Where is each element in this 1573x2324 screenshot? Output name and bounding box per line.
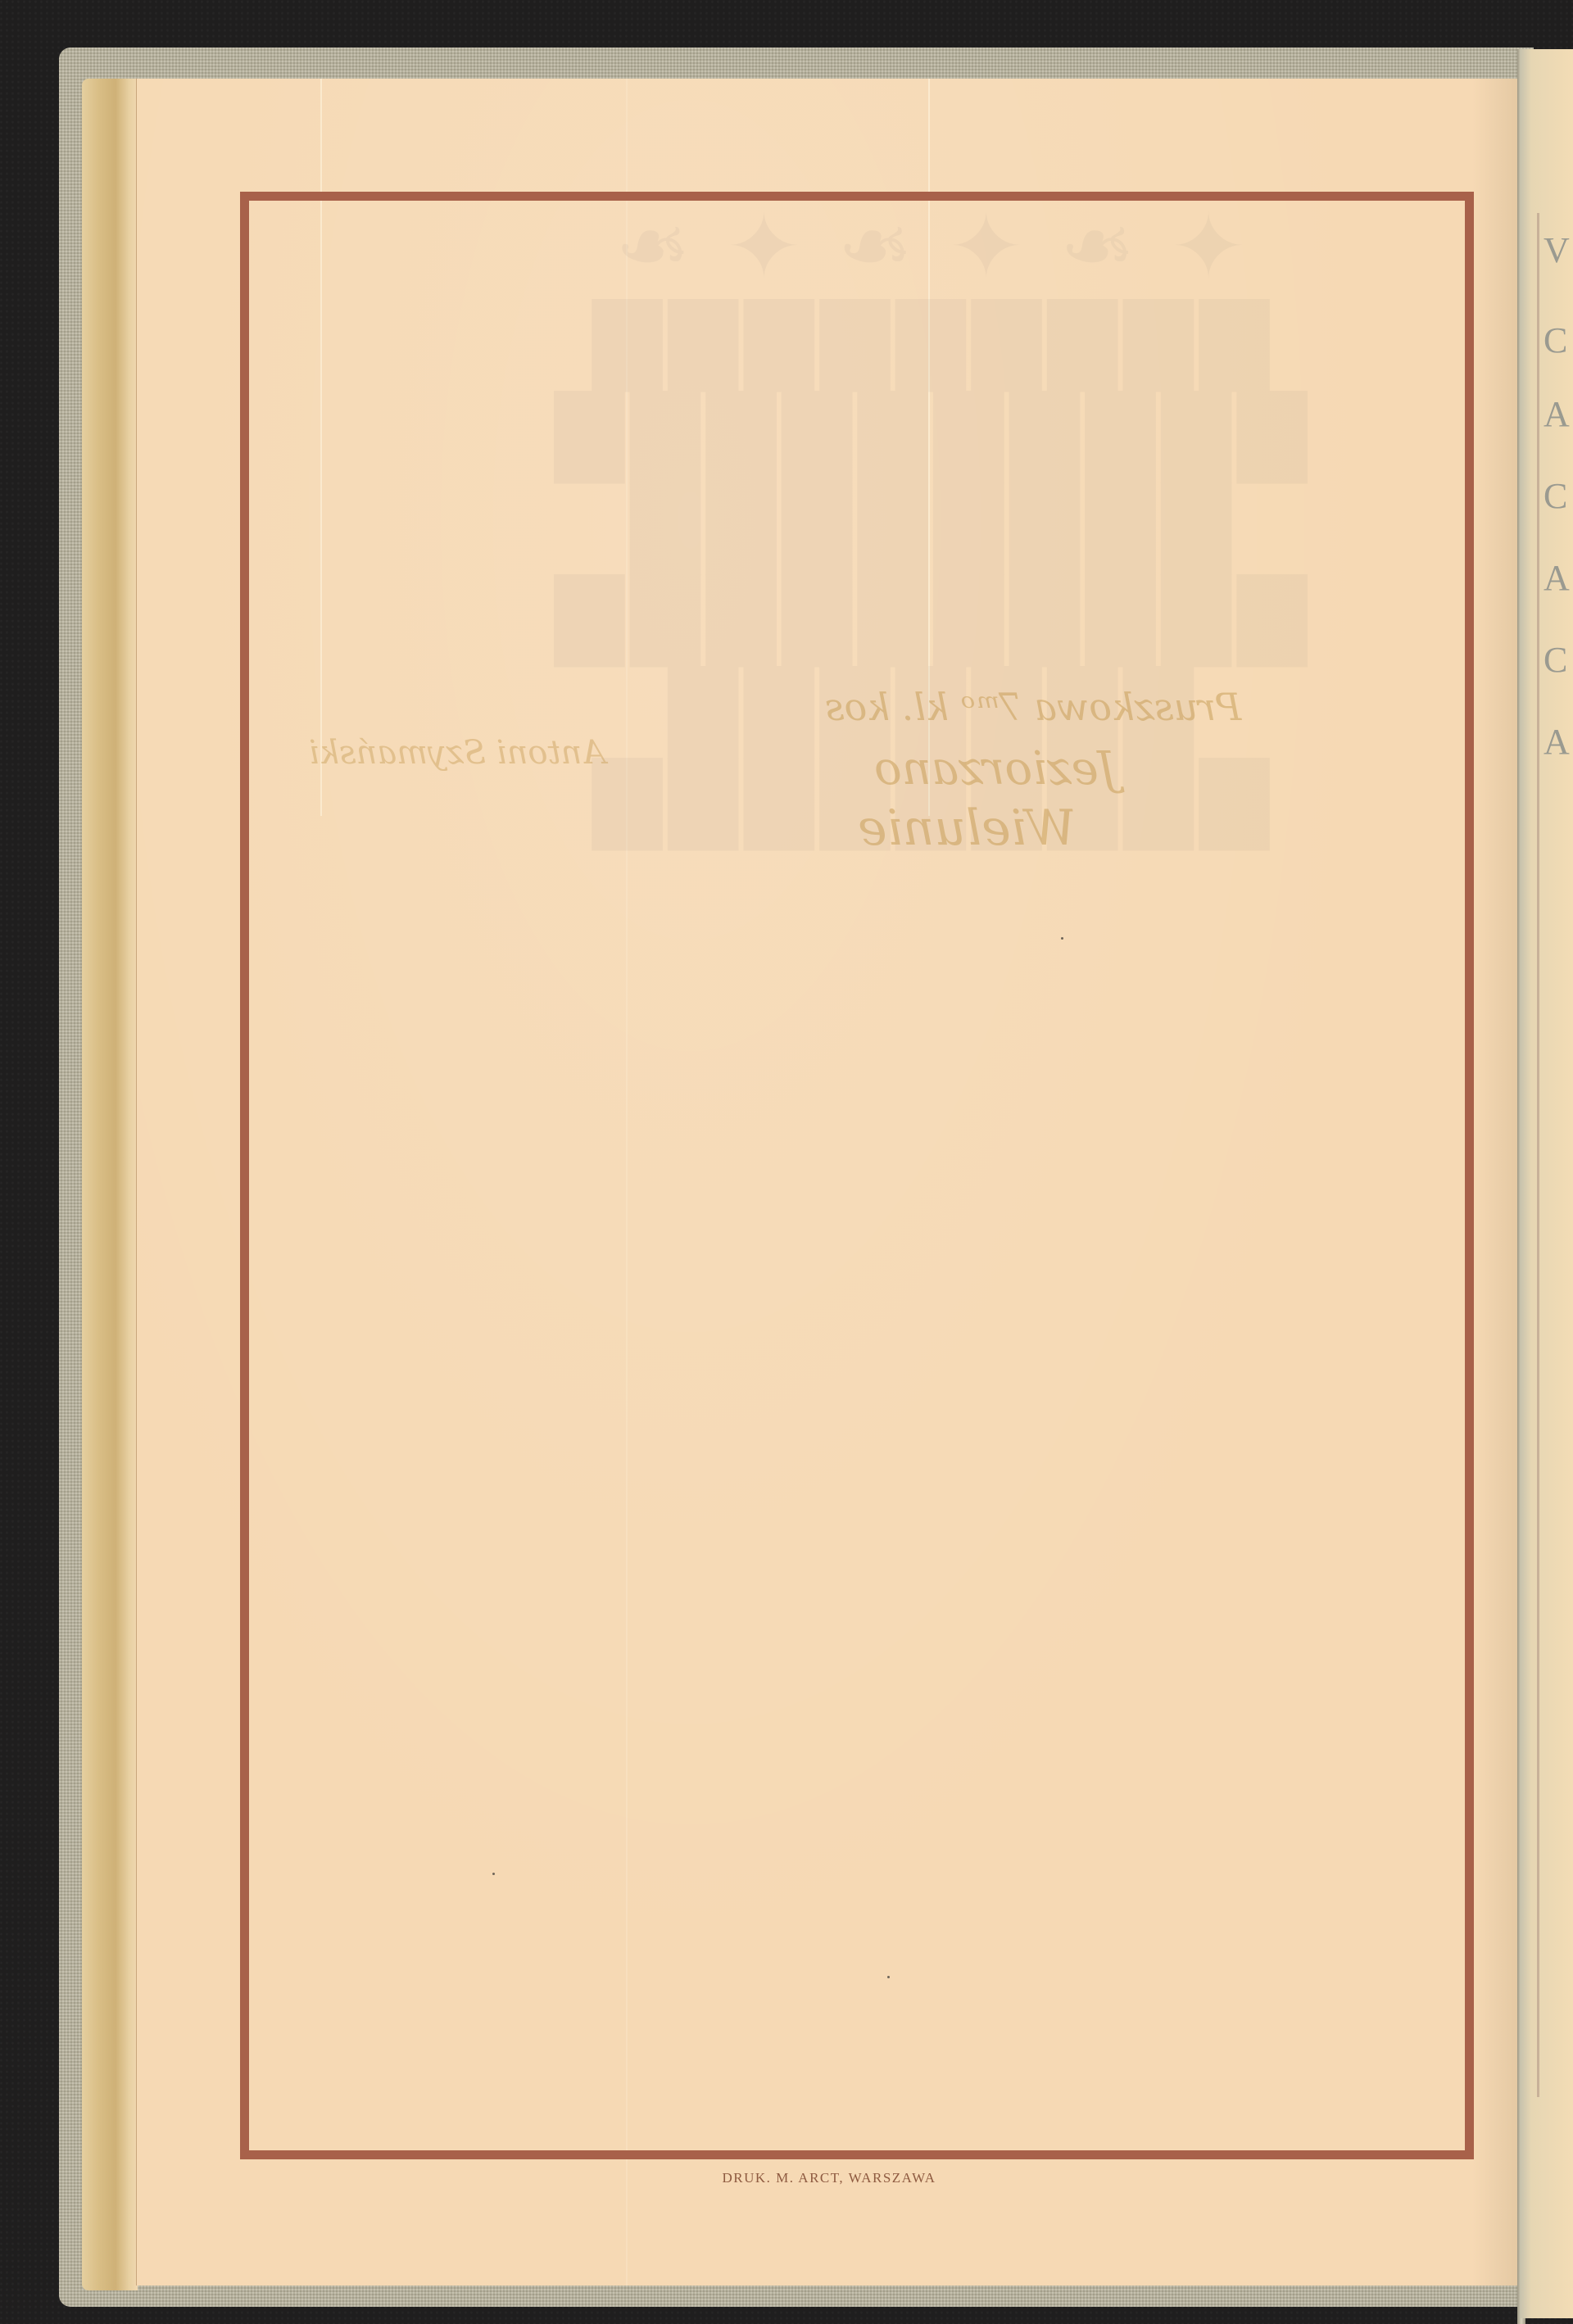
adjacent-page-glyph: A — [1544, 721, 1570, 763]
adjacent-page-glyph: A — [1544, 557, 1570, 599]
paper-speck — [492, 1873, 495, 1875]
adjacent-page-glyph: V — [1544, 229, 1570, 271]
decorative-border-frame — [240, 192, 1474, 2159]
printer-imprint: DRUK. M. ARCT, WARSZAWA — [137, 2170, 1521, 2186]
adjacent-page-edge: V C A C A C A — [1521, 49, 1573, 2318]
adjacent-page-glyph: A — [1544, 393, 1570, 435]
adjacent-page-glyph: C — [1544, 639, 1567, 681]
adjacent-page-glyph: C — [1544, 319, 1567, 361]
paper-speck — [1061, 937, 1063, 940]
paper-speck — [887, 1976, 890, 1978]
adjacent-page-glyph: C — [1544, 475, 1567, 517]
book-page: ✦ ❧ ✦ ❧ ✦ ❧ ▇▇▇▇▇▇▇▇▇▇▇▇▇▇▇▇▇▇▇▇▇▇▇▇▇▇▇▇… — [136, 79, 1521, 2285]
page-edges — [82, 79, 138, 2290]
